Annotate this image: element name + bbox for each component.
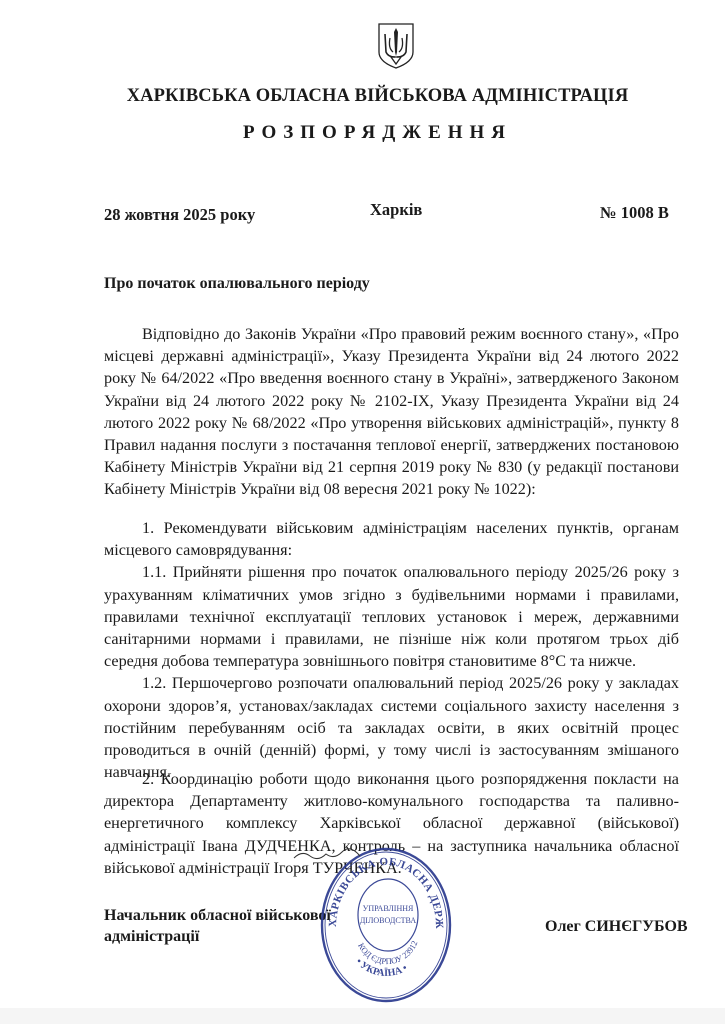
organization-name: ХАРКІВСЬКА ОБЛАСНА ВІЙСЬКОВА АДМІНІСТРАЦ… — [0, 86, 725, 107]
trident-emblem-icon — [376, 22, 416, 70]
stamp-inner-line1: УПРАВЛІННЯ — [363, 904, 414, 913]
point-1: 1. Рекомендувати військовим адміністраці… — [104, 517, 679, 783]
signatory-title: Начальник обласної військової адміністра… — [104, 905, 331, 947]
document-type: РОЗПОРЯДЖЕННЯ — [0, 122, 725, 144]
signature-scribble-icon — [292, 846, 362, 868]
document-number: № 1008 В — [600, 203, 669, 223]
page-bottom-margin — [0, 1008, 725, 1024]
document-date: 28 жовтня 2025 року — [104, 205, 255, 225]
signatory-title-line1: Начальник обласної військової — [104, 905, 331, 926]
signatory-title-line2: адміністрації — [104, 926, 331, 947]
point-1-2-text: 1.2. Першочергово розпочати опалювальний… — [104, 672, 679, 783]
signatory-name: Олег СИНЄГУБОВ — [545, 918, 688, 936]
document-city: Харків — [370, 200, 422, 220]
stamp-inner-line2: ДІЛОВОДСТВА — [360, 916, 417, 925]
point-1-text: 1. Рекомендувати військовим адміністраці… — [104, 517, 679, 561]
preamble: Відповідно до Законів України «Про право… — [104, 323, 679, 501]
preamble-text: Відповідно до Законів України «Про право… — [104, 323, 679, 501]
official-stamp-icon: ХАРКІВСЬКА ОБЛАСНА ДЕРЖАВНА АДМІНІСТРАЦІ… — [318, 845, 454, 1005]
point-1-1-text: 1.1. Прийняти рішення про початок опалюв… — [104, 561, 679, 672]
document-subject: Про початок опалювального періоду — [104, 275, 370, 293]
document-page: ХАРКІВСЬКА ОБЛАСНА ВІЙСЬКОВА АДМІНІСТРАЦ… — [0, 0, 725, 1008]
